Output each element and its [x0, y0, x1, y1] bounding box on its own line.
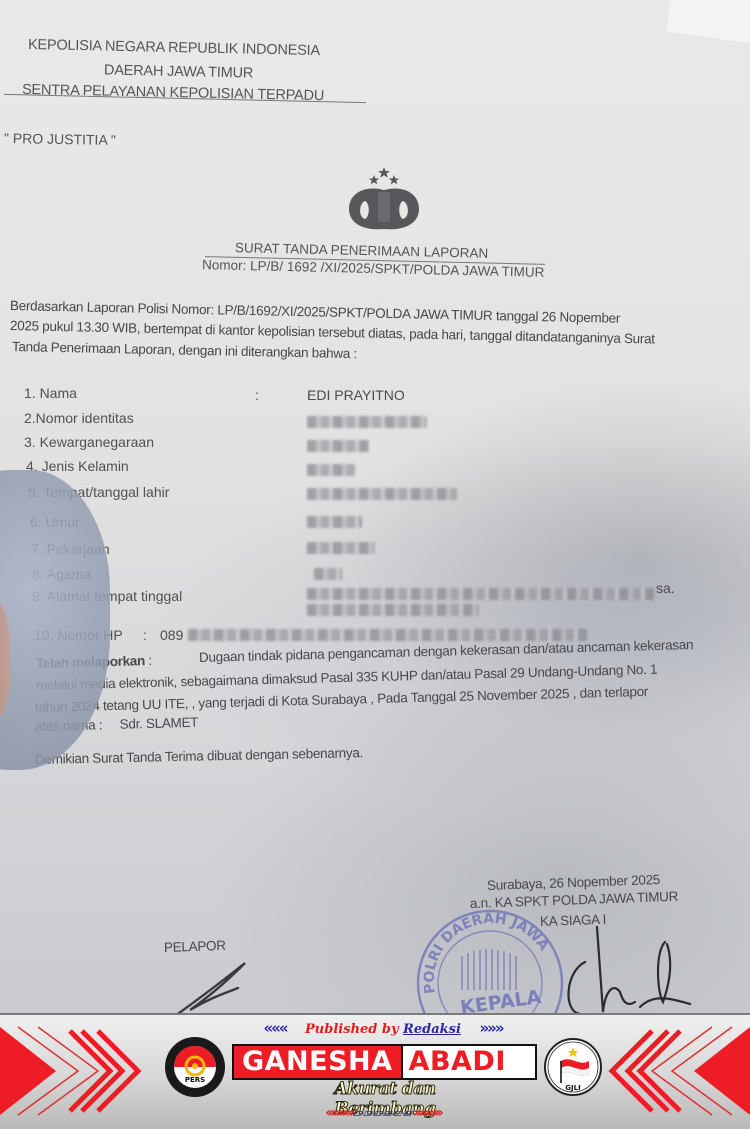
official-stamp-icon: POLRI DAERAH JAWA TIMUR KEPALA [410, 898, 570, 1015]
reporter-label: PELAPOR [164, 938, 226, 955]
published-by: Published by Redaksi [305, 1022, 465, 1037]
svg-text:PERS: PERS [185, 1076, 205, 1084]
letterhead-line1: KEPOLISIA NEGARA REPUBLIK INDONESIA [28, 37, 320, 59]
reported-name: Sdr. SLAMET [119, 715, 198, 732]
brand-part1: GANESHA [234, 1046, 401, 1078]
paper-edge [666, 0, 750, 48]
decorative-arrow-line: ‹‹‹‹‹‹‹‹‹‹▱▱▱▱▱▱›››››››››› [238, 1105, 528, 1121]
published-by-line: ««« Published by Redaksi »»» [238, 1019, 528, 1043]
svg-text:GJLI: GJLI [565, 1084, 580, 1092]
document-photo: KEPOLISIA NEGARA REPUBLIK INDONESIA DAER… [0, 0, 750, 1015]
bottom-boxes: ▱▱▱▱▱▱ [353, 1106, 413, 1121]
stamp-center-text: KEPALA [459, 986, 543, 1015]
redacted-alamat-line1 [307, 588, 657, 600]
bottom-arrows-right: ›››››››››› [413, 1105, 441, 1121]
field-label-kewarganegaraan: 3. Kewarganegaraan [24, 434, 154, 450]
alamat-suffix: sa. [656, 580, 675, 596]
pers-logo-icon: PERS [164, 1036, 226, 1098]
document-number: Nomor: LP/B/ 1692 /XI/2025/SPKT/POLDA JA… [202, 257, 545, 280]
redacted-alamat-line2 [307, 604, 479, 616]
redacted-kewarganegaraan [307, 440, 369, 452]
brand-logo: GANESHA ABADI [232, 1044, 537, 1080]
field-label-nomor-identitas: 2.Nomor identitas [24, 410, 134, 426]
chevron-right-decoration-icon [590, 1015, 750, 1129]
publisher-banner: ««« Published by Redaksi »»» PERS GANESH… [0, 1013, 750, 1129]
redacted-agama [314, 568, 342, 580]
brand-part2: ABADI [401, 1046, 512, 1078]
polri-emblem-icon [343, 165, 425, 235]
gjli-logo-icon: GJLI [543, 1037, 603, 1097]
arrows-right: »»» [479, 1019, 502, 1037]
field-label-nama: 1. Nama [24, 385, 77, 401]
chevron-left-decoration-icon [0, 1015, 160, 1129]
letterhead-line2: DAERAH JAWA TIMUR [104, 62, 253, 81]
published-prefix: Published by [305, 1022, 399, 1037]
field-separator-nomor-hp: : [143, 627, 147, 643]
redacted-nomor-identitas [307, 416, 427, 428]
pro-justitia: " PRO JUSTITIA " [4, 130, 116, 148]
field-separator-nama: : [255, 387, 259, 403]
intro-line-3: Tanda Penerimaan Laporan, dengan ini dit… [12, 339, 357, 361]
report-separator: : [148, 653, 152, 668]
redacted-jenis-kelamin [307, 464, 355, 476]
bottom-arrows-left: ‹‹‹‹‹‹‹‹‹‹ [325, 1105, 353, 1121]
redacted-nomor-hp [188, 629, 588, 641]
redacted-tempat-tanggal-lahir [307, 488, 457, 500]
redacted-umur [307, 516, 362, 528]
field-value-nomor-hp: 089 [160, 627, 183, 643]
field-value-nama: EDI PRAYITNO [307, 387, 405, 403]
published-name: Redaksi [403, 1022, 461, 1037]
official-signature [555, 922, 695, 1015]
arrows-left: ««« [263, 1019, 286, 1037]
redacted-pekerjaan [307, 542, 375, 554]
reporter-signature [170, 958, 270, 1015]
